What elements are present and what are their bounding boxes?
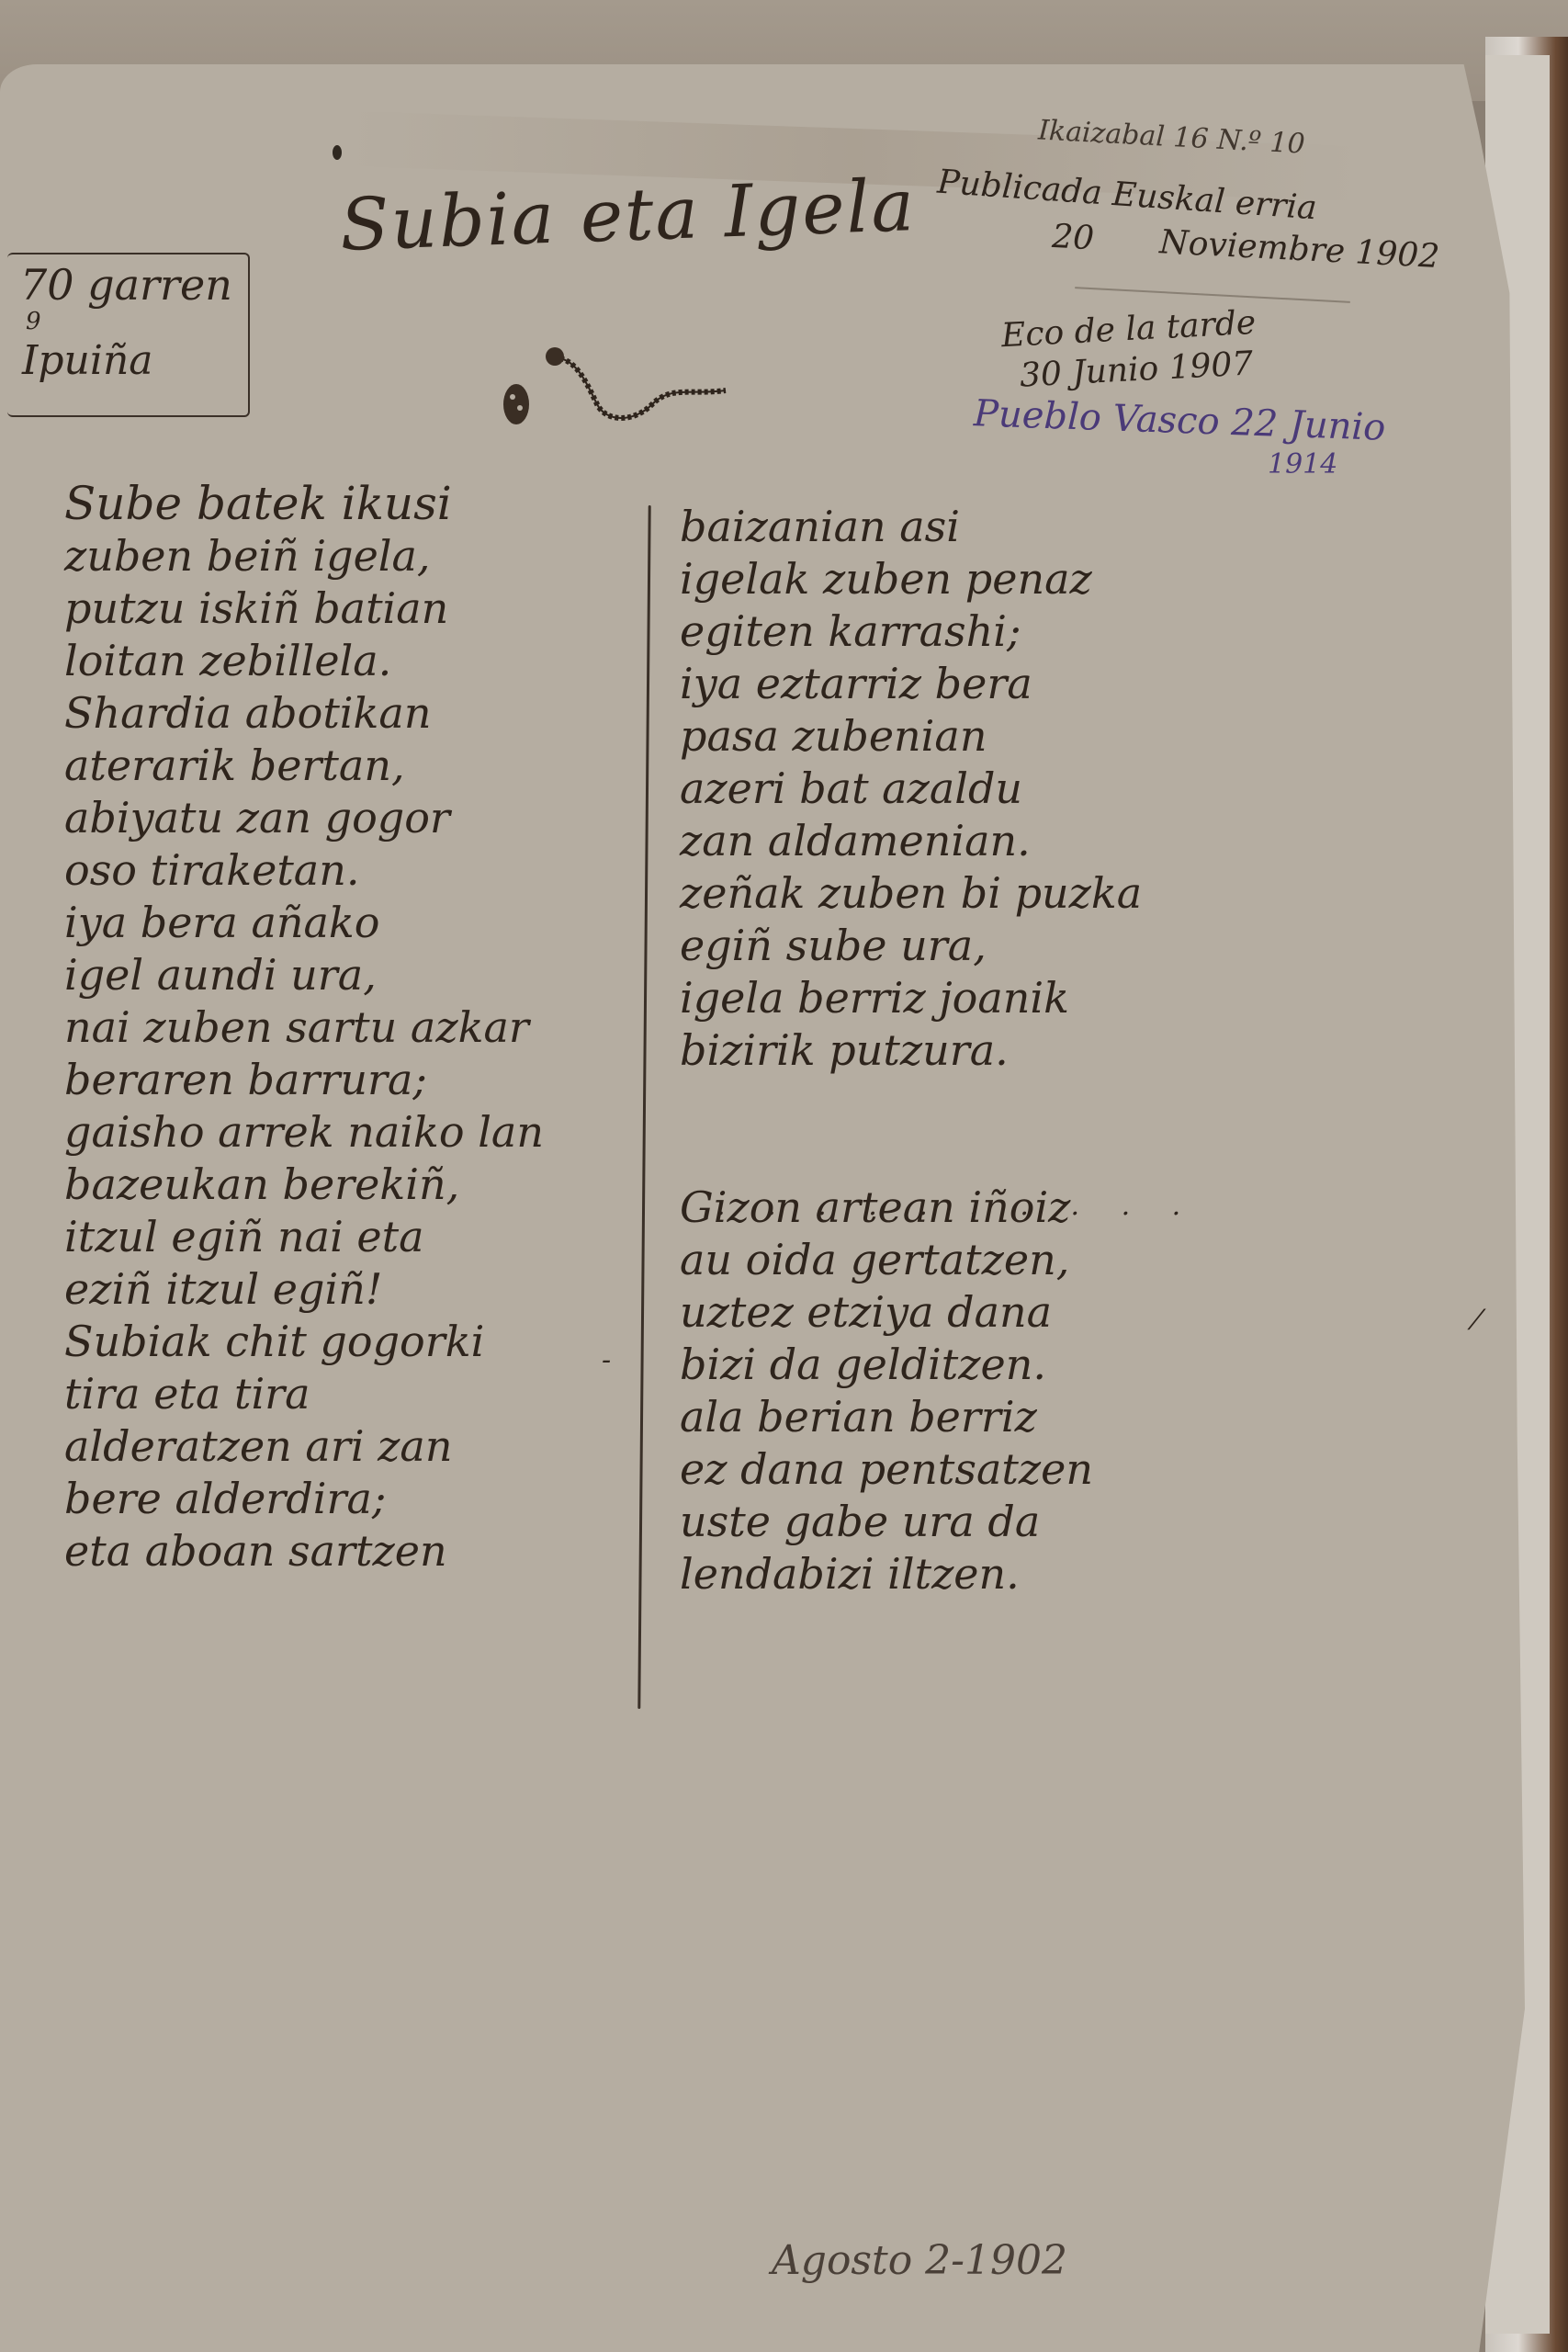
poem-line: baizanian asi [680, 501, 1142, 553]
margin-box-fable-number: 70 garren 9 Ipuiña [7, 253, 250, 417]
poem-line: bazeukan berekiñ, [64, 1159, 544, 1211]
note-published-date: 20 Noviembre 1902 [1051, 218, 1440, 276]
poem-line: igela berriz joanik [680, 972, 1142, 1024]
fable-number: 70 garren [20, 260, 232, 310]
poem-line: pasa zubenian [680, 710, 1142, 763]
note-pueblo-vasco: Pueblo Vasco 22 Junio [973, 392, 1386, 449]
poem-line: loitan zebillela. [64, 635, 544, 687]
poem-line: iya bera añako [64, 897, 544, 949]
poem-line: oso tiraketan. [64, 844, 544, 897]
poem-line: Subiak chit gogorki [64, 1316, 544, 1368]
poem-line: tira eta tira [64, 1368, 544, 1420]
section-ellipsis: . . . . . . . . . . [716, 1190, 1197, 1222]
poem-stanza-gap [680, 1077, 1142, 1182]
annotation-divider [1075, 287, 1350, 303]
poem-line: Sube batek ikusi [64, 478, 544, 530]
footer-date: Agosto 2-1902 [772, 2237, 1067, 2284]
poem-line: ala berian berriz [680, 1391, 1142, 1443]
poem-line: bizirik putzura. [680, 1024, 1142, 1077]
poem-line: egiñ sube ura, [680, 920, 1142, 972]
poem-line: nai zuben sartu azkar [64, 1001, 544, 1054]
poem-line: ez dana pentsatzen [680, 1443, 1142, 1496]
published-day: 20 [1051, 218, 1095, 257]
poem-line: igel aundi ura, [64, 949, 544, 1001]
poem-line: bere alderdira; [64, 1473, 544, 1525]
poem-line: alderatzen ari zan [64, 1420, 544, 1473]
note-reprint-date: 30 Junio 1907 [1019, 345, 1254, 394]
poem-line: eta aboan sartzen [64, 1525, 544, 1577]
page-title: Subia eta Igela [339, 164, 918, 267]
fable-label: Ipuiña [22, 337, 153, 384]
margin-tick-mark: - [602, 1344, 611, 1376]
poem-line: bizi da gelditzen. [680, 1339, 1142, 1391]
poem-line: lendabizi iltzen. [680, 1548, 1142, 1600]
pin-hole [333, 145, 342, 160]
poem-line: igelak zuben penaz [680, 553, 1142, 605]
poem-line: eziñ itzul egiñ! [64, 1263, 544, 1316]
manuscript-page: Subia eta Igela 70 garren 9 Ipuiña Ikaiz… [0, 64, 1525, 2352]
margin-mark: 9 [26, 308, 41, 335]
poem-line: zeñak zuben bi puzka [680, 867, 1142, 920]
poem-line: itzul egiñ nai eta [64, 1211, 544, 1263]
poem-line: Shardia abotikan [64, 687, 544, 740]
poem-line: egiten karrashi; [680, 605, 1142, 658]
poem-line: gaisho arrek naiko lan [64, 1106, 544, 1159]
poem-line: abiyatu zan gogor [64, 792, 544, 844]
edge-mark: ⁄ [1474, 1305, 1479, 1337]
published-month-year: Noviembre 1902 [1158, 223, 1440, 276]
frog-snake-drawing-icon [496, 340, 735, 441]
poem-line: iya eztarriz bera [680, 658, 1142, 710]
poem-line: au oida gertatzen, [680, 1234, 1142, 1286]
poem-line: uztez etziya dana [680, 1286, 1142, 1339]
poem-line: putzu iskiñ batian [64, 582, 544, 635]
poem-right-column: baizanian asi igelak zuben penaz egiten … [680, 501, 1142, 1600]
column-divider-line [637, 505, 650, 1709]
poem-line: aterarik bertan, [64, 740, 544, 792]
poem-line: zan aldamenian. [680, 815, 1142, 867]
poem-line: azeri bat azaldu [680, 763, 1142, 815]
poem-line: zuben beiñ igela, [64, 530, 544, 582]
poem-line: uste gabe ura da [680, 1496, 1142, 1548]
poem-line: beraren barrura; [64, 1054, 544, 1106]
note-pueblo-vasco-year: 1914 [1268, 448, 1337, 481]
poem-left-column: Sube batek ikusi zuben beiñ igela, putzu… [64, 478, 544, 1577]
